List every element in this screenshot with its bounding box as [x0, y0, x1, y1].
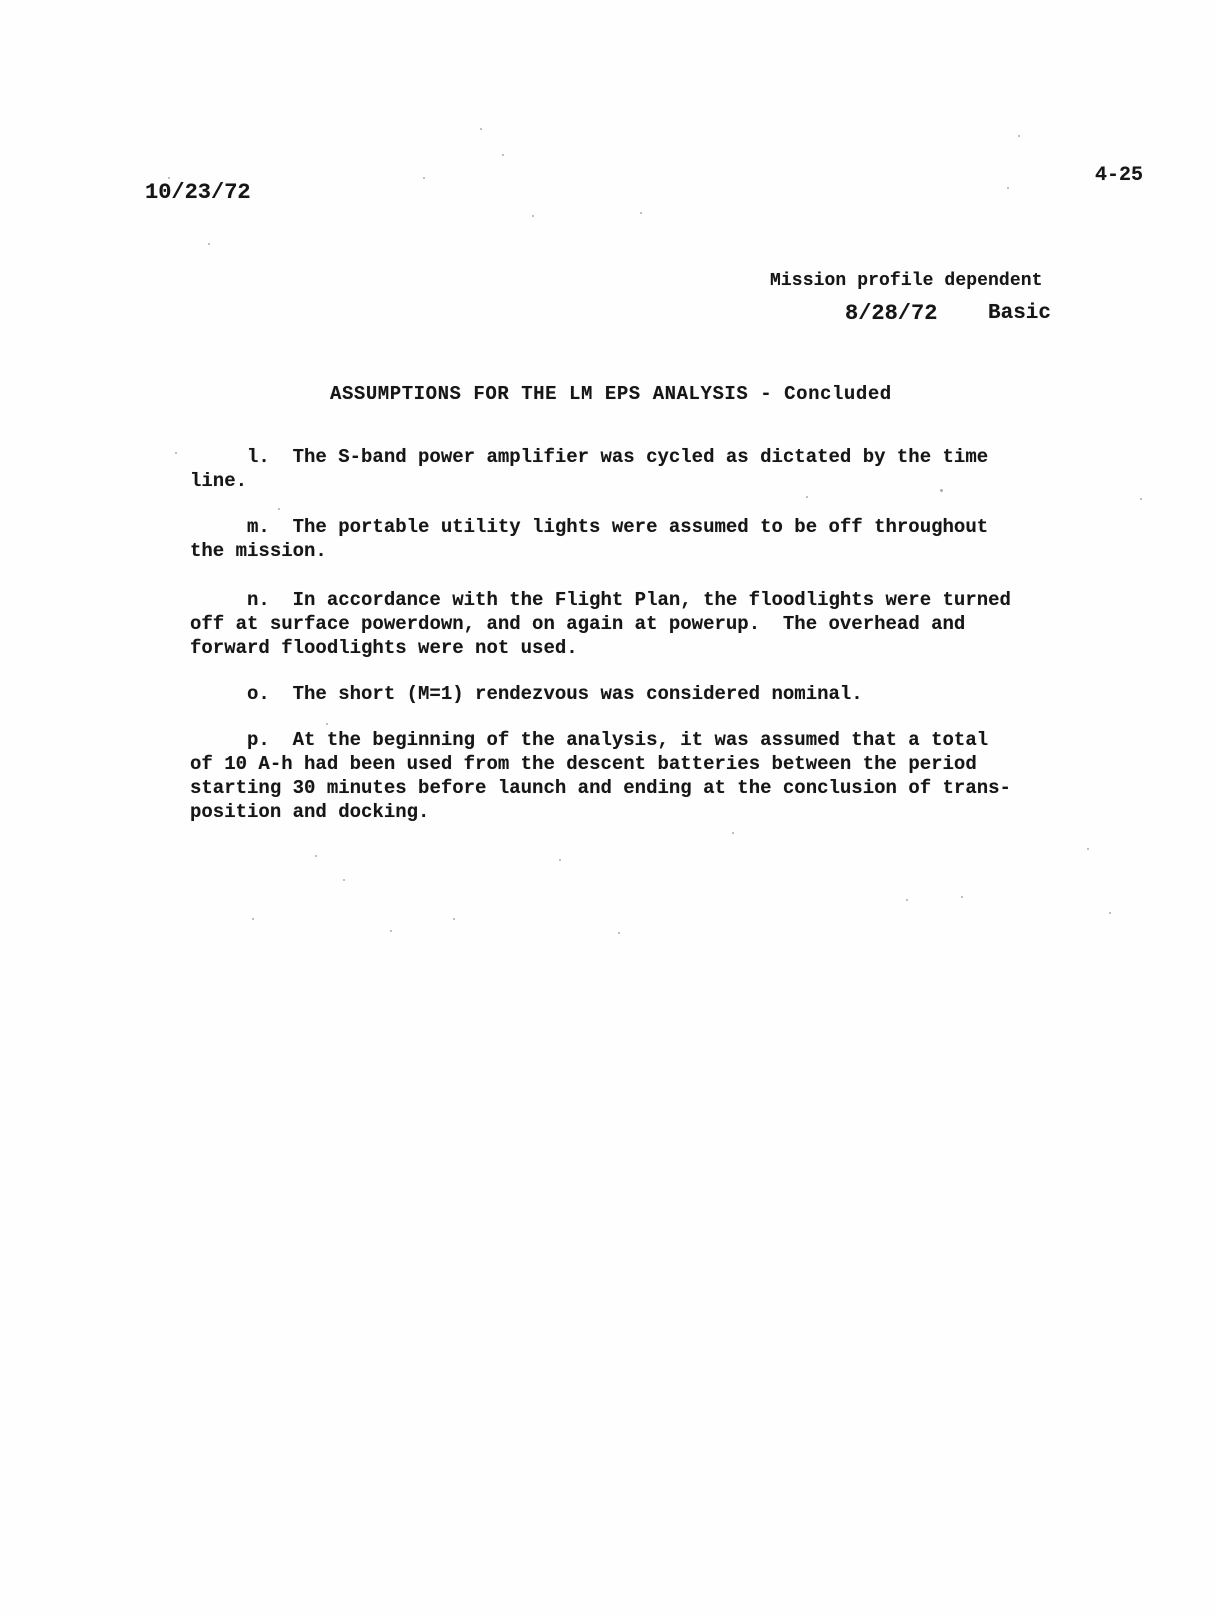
assumption-item-n: n. In accordance with the Flight Plan, t…	[190, 588, 1070, 660]
scan-speck	[961, 896, 963, 898]
scan-speck	[175, 452, 177, 454]
scan-speck	[940, 489, 943, 492]
revision-label: Basic	[988, 302, 1051, 325]
scan-speck	[1007, 187, 1009, 189]
assumption-item-l: l. The S-band power amplifier was cycled…	[190, 445, 1070, 493]
scan-speck	[278, 508, 280, 510]
scan-speck	[480, 128, 482, 130]
assumption-item-m: m. The portable utility lights were assu…	[190, 515, 1070, 563]
scan-speck	[453, 918, 455, 920]
assumption-item-p: p. At the beginning of the analysis, it …	[190, 728, 1070, 824]
scan-speck	[732, 832, 734, 834]
scan-speck	[906, 899, 908, 901]
page-number: 4-25	[1095, 164, 1143, 187]
scan-speck	[390, 930, 392, 932]
scan-speck	[806, 496, 808, 498]
scan-speck	[208, 243, 210, 245]
scan-speck	[1109, 912, 1111, 914]
scan-speck	[532, 215, 534, 217]
scan-speck	[618, 932, 620, 934]
scan-speck	[502, 154, 504, 156]
document-title: ASSUMPTIONS FOR THE LM EPS ANALYSIS - Co…	[330, 383, 892, 405]
scan-speck	[326, 723, 328, 725]
revision-date: 8/28/72	[845, 301, 937, 326]
typed-date-stamp: 10/23/72	[145, 180, 251, 205]
assumption-item-o: o. The short (M=1) rendezvous was consid…	[190, 682, 1070, 706]
scan-speck	[559, 859, 561, 861]
scan-speck	[640, 212, 642, 214]
revision-note: Mission profile dependent	[770, 271, 1043, 291]
scan-speck	[343, 879, 345, 881]
scanned-document-page: 10/23/72 4-25 Mission profile dependent …	[0, 0, 1216, 1615]
scan-speck	[168, 177, 170, 179]
scan-speck	[1018, 135, 1020, 137]
scan-speck	[1140, 498, 1142, 500]
scan-speck	[252, 918, 254, 920]
scan-speck	[1087, 848, 1089, 850]
scan-speck	[423, 177, 425, 179]
scan-speck	[315, 855, 317, 857]
